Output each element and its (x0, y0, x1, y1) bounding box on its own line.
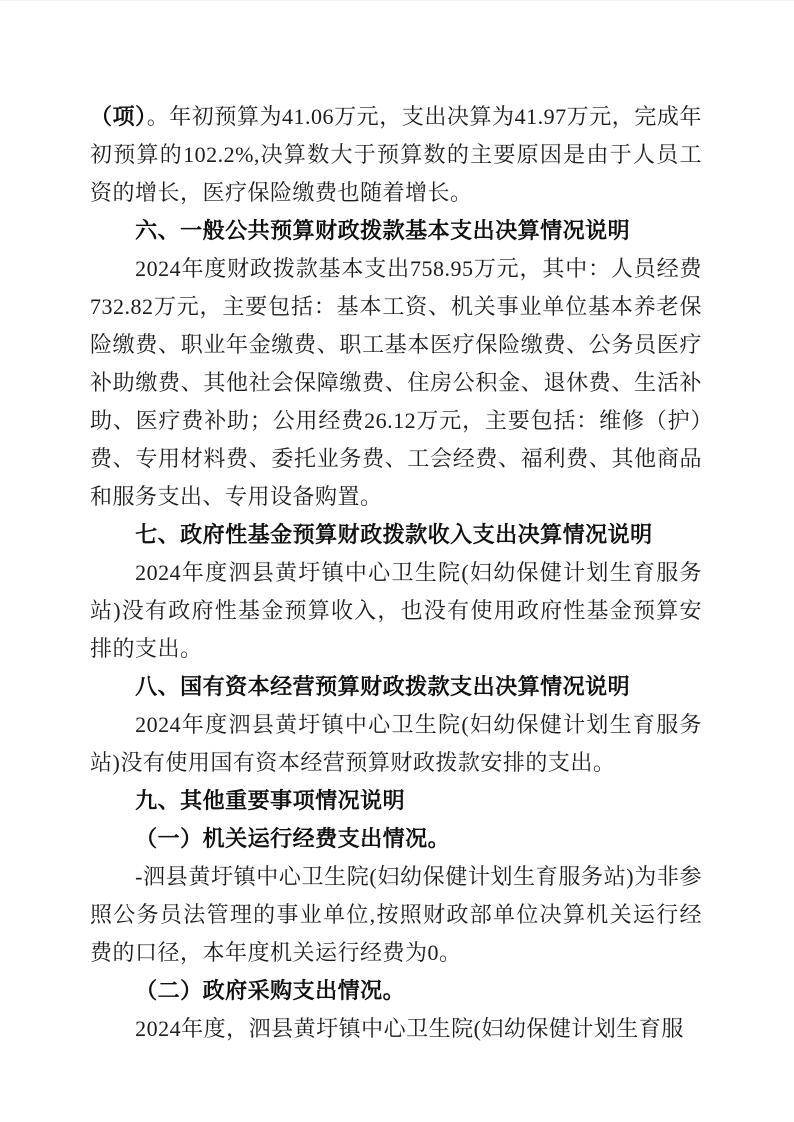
heading-section-9: 九、其他重要事项情况说明 (90, 782, 702, 820)
heading-sub-1-operating-expense: （一）机关运行经费支出情况。 (90, 820, 702, 858)
para-budget-completion-text: 。年初预算为41.06万元，支出决算为41.97万元，完成年初预算的102.2%… (90, 104, 702, 205)
para-basic-expenditure-detail: 2024年度财政拨款基本支出758.95万元，其中：人员经费732.82万元，主… (90, 250, 702, 516)
document-page: （项）。年初预算为41.06万元，支出决算为41.97万元，完成年初预算的102… (0, 0, 794, 1122)
para-operating-expense: -泗县黄圩镇中心卫生院(妇幼保健计划生育服务站)为非参照公务员法管理的事业单位,… (90, 858, 702, 972)
heading-section-6: 六、一般公共预算财政拨款基本支出决算情况说明 (90, 212, 702, 250)
heading-section-7: 七、政府性基金预算财政拨款收入支出决算情况说明 (90, 516, 702, 554)
para-budget-completion: （项）。年初预算为41.06万元，支出决算为41.97万元，完成年初预算的102… (90, 98, 702, 212)
heading-sub-2-procurement: （二）政府采购支出情况。 (90, 972, 702, 1010)
heading-section-8: 八、国有资本经营预算财政拨款支出决算情况说明 (90, 668, 702, 706)
para-procurement: 2024年度，泗县黄圩镇中心卫生院(妇幼保健计划生育服 (90, 1010, 702, 1048)
para-state-capital-budget: 2024年度泗县黄圩镇中心卫生院(妇幼保健计划生育服务站)没有使用国有资本经营预… (90, 706, 702, 782)
para-gov-fund-budget: 2024年度泗县黄圩镇中心卫生院(妇幼保健计划生育服务站)没有政府性基金预算收入… (90, 554, 702, 668)
para-lead-bold: （项） (90, 104, 147, 129)
